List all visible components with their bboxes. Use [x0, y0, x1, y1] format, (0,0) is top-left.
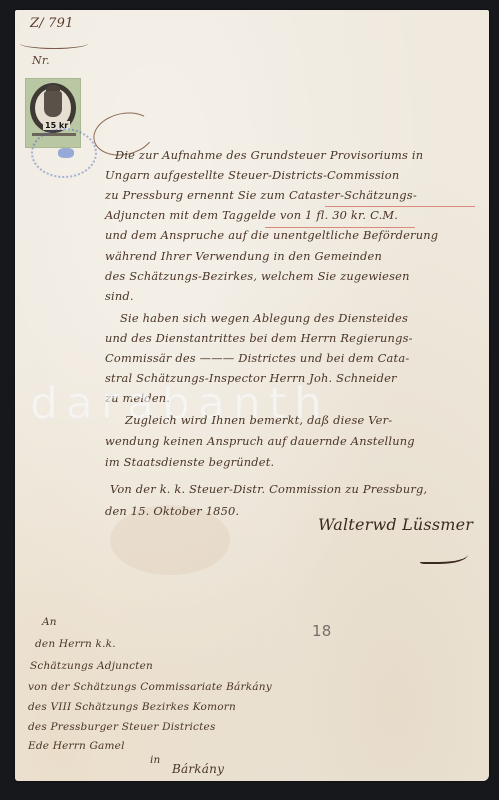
closing-date: den 15. Oktober 1850. — [105, 504, 239, 518]
seal-ink-mark — [58, 148, 74, 158]
red-underline — [325, 206, 475, 207]
address-line: An — [42, 616, 57, 628]
address-line: des Pressburger Steuer Districtes — [28, 721, 216, 733]
body-line: Adjuncten mit dem Taggelde von 1 fl. 30 … — [105, 208, 398, 222]
body-line: Ungarn aufgestellte Steuer-Districts-Com… — [105, 168, 399, 182]
reference-number: Z/ 791 — [30, 16, 74, 31]
body-line: Die zur Aufnahme des Grundsteuer Proviso… — [115, 148, 423, 162]
address-line: den Herrn k.k. — [35, 638, 116, 650]
body-line: des Schätzungs-Bezirkes, welchem Sie zug… — [105, 269, 410, 283]
body-line: Commissär des ——— Districtes und bei dem… — [105, 351, 409, 365]
closing-place: Von der k. k. Steuer-Distr. Commission z… — [110, 482, 427, 496]
body-line: sind. — [105, 289, 134, 303]
body-line: Sie haben sich wegen Ablegung des Dienst… — [120, 311, 408, 325]
body-line: im Staatsdienste begründet. — [105, 455, 274, 469]
body-line: zu Pressburg ernennt Sie zum Cataster-Sc… — [105, 188, 417, 202]
address-line: des VIII Schätzungs Bezirkes Komorn — [28, 701, 236, 713]
body-line: und des Dienstantrittes bei dem Herrn Re… — [105, 331, 413, 345]
address-line: Schätzungs Adjuncten — [30, 660, 153, 672]
address-line: Ede Herrn Gamel — [28, 740, 125, 752]
coat-of-arms-icon — [44, 91, 62, 117]
signature: Walterwd Lüssmer — [318, 515, 473, 534]
body-line: während Ihrer Verwendung in den Gemeinde… — [105, 249, 382, 263]
address-line: von der Schätzungs Commissariate Bárkány — [28, 681, 272, 693]
address-town: Bárkány — [172, 762, 224, 776]
body-line: wendung keinen Anspruch auf dauernde Ans… — [105, 434, 415, 448]
nr-label: Nr. — [32, 54, 50, 67]
pencil-page-number: 18 — [312, 622, 332, 640]
body-line: und dem Anspruche auf die unentgeltliche… — [105, 228, 438, 242]
reference-underline — [20, 38, 88, 49]
body-line: Zugleich wird Ihnen bemerkt, daß diese V… — [125, 413, 392, 427]
address-line: in — [150, 754, 161, 766]
